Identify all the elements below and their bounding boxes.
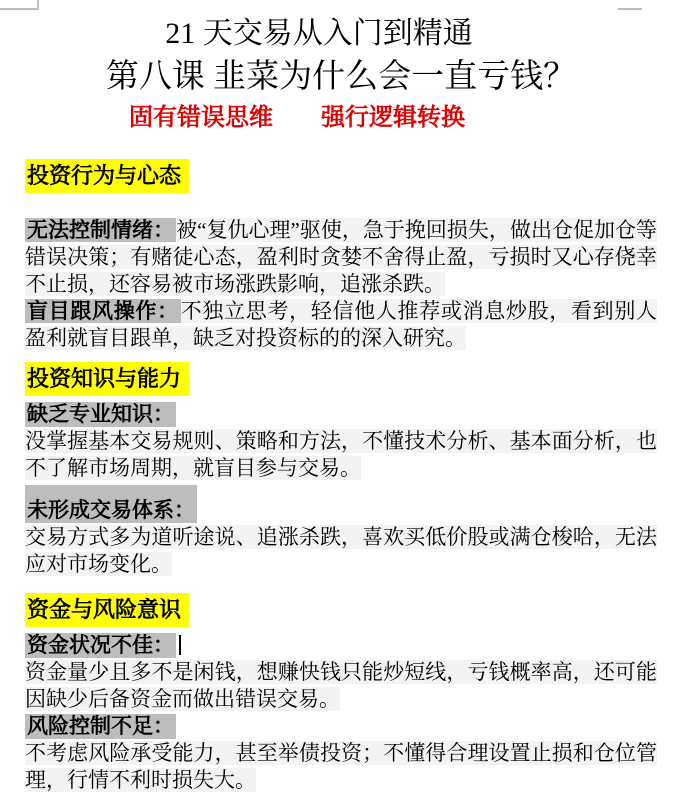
subhead-label: 未形成交易体系： [25,485,197,523]
section-heading: 投资行为与心态 [25,159,189,193]
document-subtitle: 固有错误思维强行逻辑转换 [0,104,613,132]
section-heading: 投资知识与能力 [25,362,189,396]
paragraph: 无法控制情绪：被“复仇心理”驱使，急于挽回损失，做出仓促加仓等错误决策；有赌徒心… [25,217,657,298]
paragraph: 不考虑风险承受能力，甚至举债投资；不懂得合理设置止损和仓位管理，行情不利时损失大… [25,740,657,792]
paragraph-text: 不考虑风险承受能力，甚至举债投资；不懂得合理设置止损和仓位管理，行情不利时损失大… [25,741,657,792]
document-title-line2: 第八课 韭菜为什么会一直亏钱？ [25,55,657,99]
section-body: 缺乏专业知识： 没掌握基本交易规则、策略和方法，不懂技术分析、基本面分析，也不了… [25,401,657,578]
page-corner-mark-top-right-horizontal [618,8,642,10]
paragraph: 交易方式多为道听途说、追涨杀跌，喜欢买低价股或满仓梭哈，无法应对市场变化。 [25,524,657,578]
paragraph: 资金量少且多不是闲钱，想赚快钱只能炒短线，亏钱概率高，还可能因缺少后备资金而做出… [25,659,657,713]
section-body: 资金状况不佳： 资金量少且多不是闲钱，想赚快钱只能炒短线，亏钱概率高，还可能因缺… [25,632,657,792]
subhead-label: 无法控制情绪： [25,218,176,242]
text-cursor [179,635,181,655]
section-investment-behavior: 投资行为与心态 无法控制情绪：被“复仇心理”驱使，急于挽回损失，做出仓促加仓等错… [25,159,657,352]
subtitle-right-phrase: 强行逻辑转换 [321,105,465,131]
section-investment-knowledge: 投资知识与能力 缺乏专业知识： 没掌握基本交易规则、策略和方法，不懂技术分析、基… [25,362,657,578]
section-capital-and-risk: 资金与风险意识 资金状况不佳： 资金量少且多不是闲钱，想赚快钱只能炒短线，亏钱概… [25,593,657,792]
section-body: 无法控制情绪：被“复仇心理”驱使，急于挽回损失，做出仓促加仓等错误决策；有赌徒心… [25,217,657,352]
paragraph-text: 资金量少且多不是闲钱，想赚快钱只能炒短线，亏钱概率高，还可能因缺少后备资金而做出… [25,660,657,711]
paragraph-text: 交易方式多为道听途说、追涨杀跌，喜欢买低价股或满仓梭哈，无法应对市场变化。 [25,525,657,576]
subhead-label: 资金状况不佳： [25,633,176,658]
document-title-line1: 21 天交易从入门到精通 [3,13,635,55]
page-corner-mark-top-left-horizontal [0,8,38,10]
section-heading: 资金与风险意识 [25,593,189,627]
paragraph: 盲目跟风操作：不独立思考，轻信他人推荐或消息炒股，看到别人盈利就盲目跟单，缺乏对… [25,298,657,352]
paragraph-text: 没掌握基本交易规则、策略和方法，不懂技术分析、基本面分析，也不了解市场周期，就盲… [25,429,657,480]
document-content: 21 天交易从入门到精通 第八课 韭菜为什么会一直亏钱？ 固有错误思维强行逻辑转… [0,13,682,792]
page-corner-mark-top-left-vertical [37,0,39,10]
subhead-label: 缺乏专业知识： [25,402,176,427]
paragraph: 没掌握基本交易规则、策略和方法，不懂技术分析、基本面分析，也不了解市场周期，就盲… [25,428,657,482]
document-page: 21 天交易从入门到精通 第八课 韭菜为什么会一直亏钱？ 固有错误思维强行逻辑转… [0,0,682,792]
subhead-label: 风险控制不足： [25,714,176,739]
subhead-label: 盲目跟风操作： [25,299,181,323]
subtitle-left-phrase: 固有错误思维 [129,105,273,131]
